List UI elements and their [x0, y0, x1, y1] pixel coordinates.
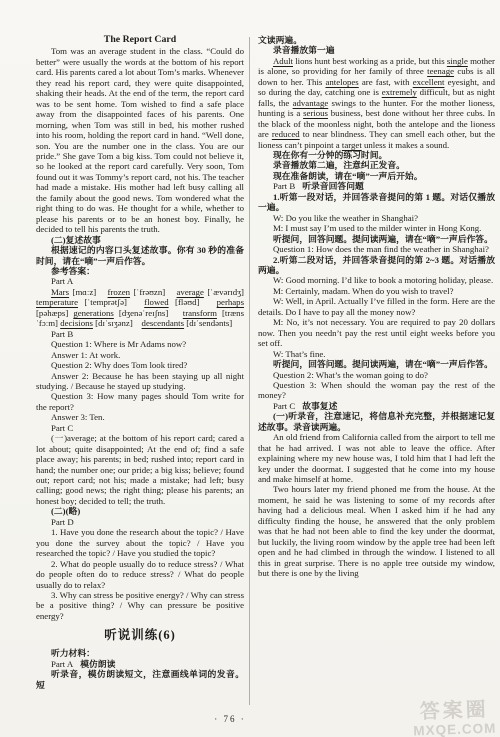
answer-3: Answer 3: Ten. — [36, 412, 244, 422]
lesson-heading: 听说训练(6) — [36, 628, 244, 642]
instruction-continuation: 文读两遍。 — [258, 35, 495, 45]
part-b-line: Part B听录音回答问题 — [258, 181, 495, 191]
part-c-label: Part C — [273, 401, 295, 411]
dialog1-instruction: 1.听第一段对话，并回答录音提问的第 1 题。对话仅播放一遍。 — [258, 192, 495, 213]
dialog2-line-3: W: Well, in April. Actually I’ve filled … — [258, 296, 495, 317]
watermark-site: MXQE.COM — [413, 721, 496, 737]
key-points-paragraph: (一)average; at the bottom of his report … — [36, 433, 244, 506]
dialog2-instruction: 2.听第二段对话，并回答录音提问的第 2~3 题。对话播放两遍。 — [258, 255, 495, 276]
retell-section-heading: (二)复述故事 — [36, 235, 244, 245]
play-second-time-note: 录音播放第二遍，注意纠正发音。 — [258, 160, 495, 170]
part-b-label: Part B — [273, 181, 295, 191]
dialog1-question: Question 1: How does the man find the we… — [258, 244, 495, 254]
scanned-textbook-page: The Report Card Tom was an average stude… — [0, 0, 500, 737]
retell-story-paragraph-2: Two hours later my friend phoned me from… — [258, 484, 495, 578]
play-first-time-label: 录音播放第一遍 — [258, 45, 495, 55]
listening-material-label: 听力材料： — [36, 648, 244, 658]
dialog2-line-4: M: No, it’s not necessary. You are requi… — [258, 317, 495, 348]
dialog1-answer-prompt: 听提问，回答问题。提问读两遍，请在“嘀”一声后作答。 — [258, 234, 495, 244]
prepare-reading-note: 现在准备朗读，请在“嘀”一声后开始。 — [258, 171, 495, 181]
part-c-title: 故事复述 — [302, 401, 337, 411]
lion-passage: Adult lions hunt best working as a pride… — [258, 56, 495, 150]
lesson-part-a-label: Part A — [51, 659, 73, 669]
dialog2-question-3: Question 3: When should the woman pay th… — [258, 380, 495, 401]
imitate-reading-instruction: 听录音，模仿朗读短文，注意画线单词的发音。短 — [36, 669, 244, 690]
section-omitted: (二)(略) — [36, 506, 244, 516]
watermark-logo: 答案圈 — [412, 699, 496, 722]
left-column: The Report Card Tom was an average stude… — [36, 35, 249, 705]
practice-time-note: 现在你有一分钟的练习时间。 — [258, 150, 495, 160]
part-c-label: Part C — [36, 423, 244, 433]
dialog1-line-w: W: Do you like the weather in Shanghai? — [258, 213, 495, 223]
right-column: 文读两遍。 录音播放第一遍 Adult lions hunt best work… — [250, 35, 499, 705]
lesson-part-a-title: 模仿朗读 — [80, 659, 115, 669]
dialog2-answer-prompt: 听提问，回答问题。提问读两遍，请在“嘀”一声后作答。 — [258, 359, 495, 369]
dialog2-line-1: W: Good morning. I’d like to book a moto… — [258, 275, 495, 285]
question-2: Question 2: Why does Tom look tired? — [36, 360, 244, 370]
dialog2-question-2: Question 2: What’s the woman going to do… — [258, 370, 495, 380]
part-d-item-1: 1. Have you done the research about the … — [36, 527, 244, 558]
part-d-label: Part D — [36, 517, 244, 527]
story-title: The Report Card — [36, 35, 244, 45]
watermark: 答案圈 MXQE.COM — [412, 699, 496, 737]
question-1: Question 1: Where is Mr Adams now? — [36, 339, 244, 349]
part-d-item-3: 3. Why can stress be positive energy? / … — [36, 590, 244, 621]
answer-1: Answer 1: At work. — [36, 350, 244, 360]
part-a-label: Part A — [36, 276, 244, 286]
dialog2-line-2: M: Certainly, madam. When do you wish to… — [258, 286, 495, 296]
retell-instruction: 根据速记的内容口头复述故事。你有 30 秒的准备时间，请在“嘀”一声后作答。 — [36, 245, 244, 266]
dialog1-line-m: M: I must say I’m used to the milder win… — [258, 223, 495, 233]
part-b-title: 听录音回答问题 — [302, 181, 364, 191]
story-paragraph: Tom was an average student in the class.… — [36, 46, 244, 234]
question-3: Question 3: How many pages should Tom wr… — [36, 391, 244, 412]
reference-answers-label: 参考答案： — [36, 266, 244, 276]
phonetics-list: Mars [mɑːz] frozen [ˈfrəʊzn] average [ˈæ… — [36, 287, 244, 329]
two-column-layout: The Report Card Tom was an average stude… — [0, 0, 500, 705]
dialog2-line-5: W: That’s fine. — [258, 349, 495, 359]
part-c-line: Part C故事复述 — [258, 401, 495, 411]
part-d-item-2: 2. What do people usually do to reduce s… — [36, 559, 244, 590]
story-retell-instruction: (一)听录音，注意速记，将信息补充完整，并根据速记复述故事。录音读两遍。 — [258, 411, 495, 432]
page-number: · 76 · — [160, 714, 300, 724]
part-b-label: Part B — [36, 329, 244, 339]
answer-2: Answer 2: Because he has been staying up… — [36, 371, 244, 392]
retell-story-paragraph-1: An old friend from California called fro… — [258, 432, 495, 484]
lesson-part-a-line: Part A模仿朗读 — [36, 659, 244, 669]
